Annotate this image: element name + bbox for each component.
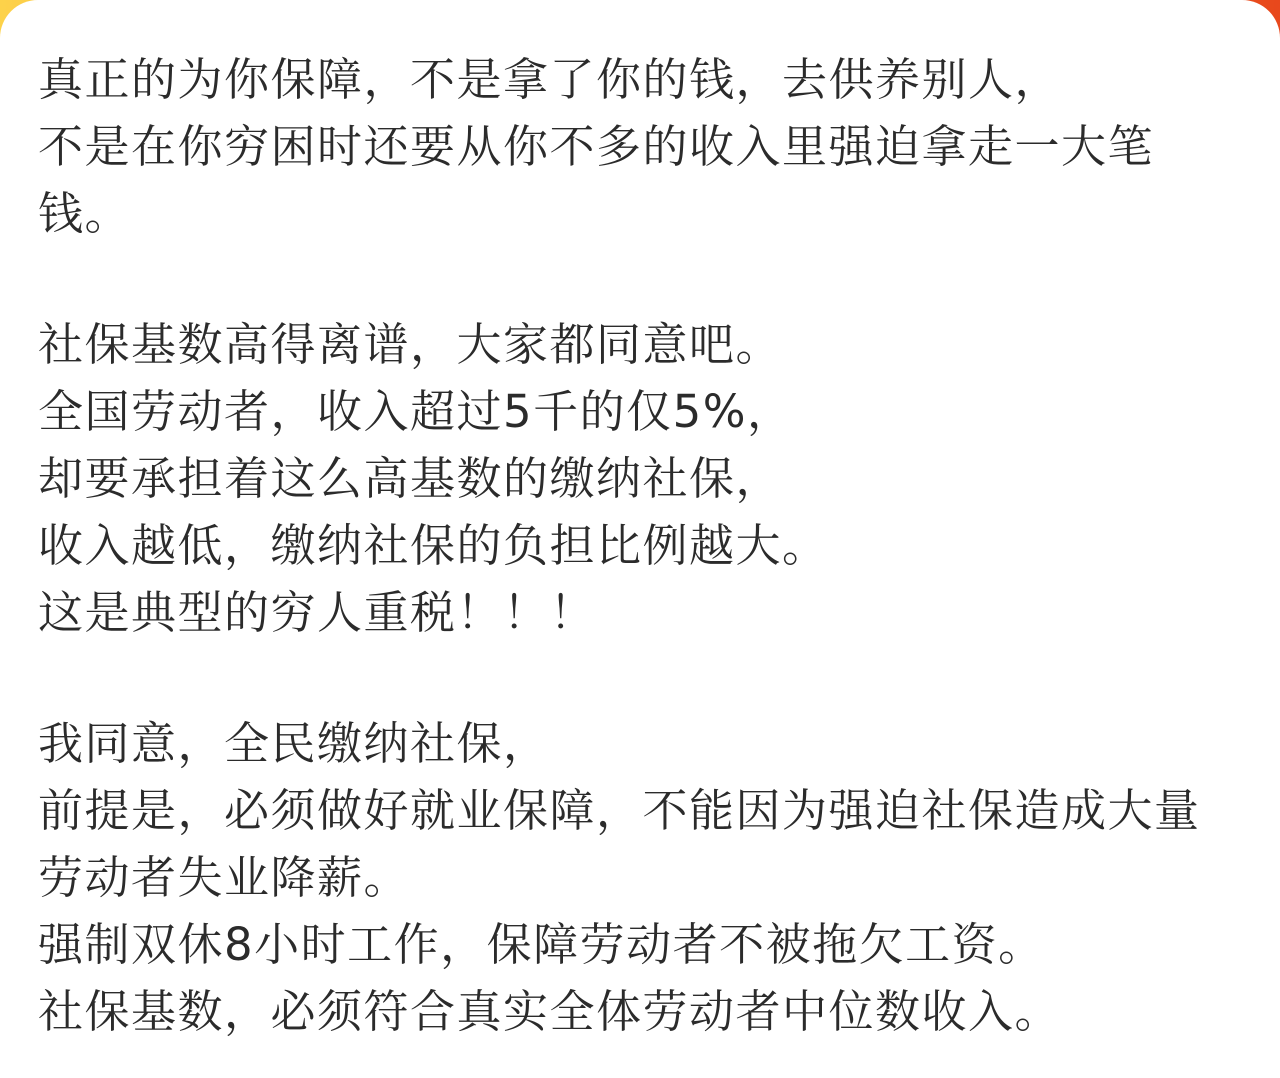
text-line: 却要承担着这么高基数的缴纳社保，	[38, 445, 1240, 512]
text-line: 这是典型的穷人重税！！！	[38, 579, 1240, 646]
post-card: 真正的为你保障，不是拿了你的钱，去供养别人， 不是在你穷困时还要从你不多的收入里…	[0, 0, 1280, 1078]
text-line: 前提是，必须做好就业保障，不能因为强迫社保造成大量	[38, 777, 1240, 844]
text-line: 真正的为你保障，不是拿了你的钱，去供养别人，	[38, 46, 1240, 113]
text-line: 不是在你穷困时还要从你不多的收入里强迫拿走一大笔	[38, 113, 1240, 180]
paragraph: 社保基数高得离谱，大家都同意吧。 全国劳动者，收入超过5千的仅5%， 却要承担着…	[38, 311, 1240, 646]
text-line: 社保基数高得离谱，大家都同意吧。	[38, 311, 1240, 378]
text-line: 劳动者失业降薪。	[38, 844, 1240, 911]
text-line: 全国劳动者，收入超过5千的仅5%，	[38, 378, 1240, 445]
paragraph: 我同意，全民缴纳社保， 前提是，必须做好就业保障，不能因为强迫社保造成大量 劳动…	[38, 710, 1240, 1045]
paragraph: 真正的为你保障，不是拿了你的钱，去供养别人， 不是在你穷困时还要从你不多的收入里…	[38, 46, 1240, 247]
text-line: 强制双休8小时工作，保障劳动者不被拖欠工资。	[38, 911, 1240, 978]
text-line: 我同意，全民缴纳社保，	[38, 710, 1240, 777]
text-line: 收入越低，缴纳社保的负担比例越大。	[38, 512, 1240, 579]
text-line: 社保基数，必须符合真实全体劳动者中位数收入。	[38, 978, 1240, 1045]
text-line: 钱。	[38, 180, 1240, 247]
